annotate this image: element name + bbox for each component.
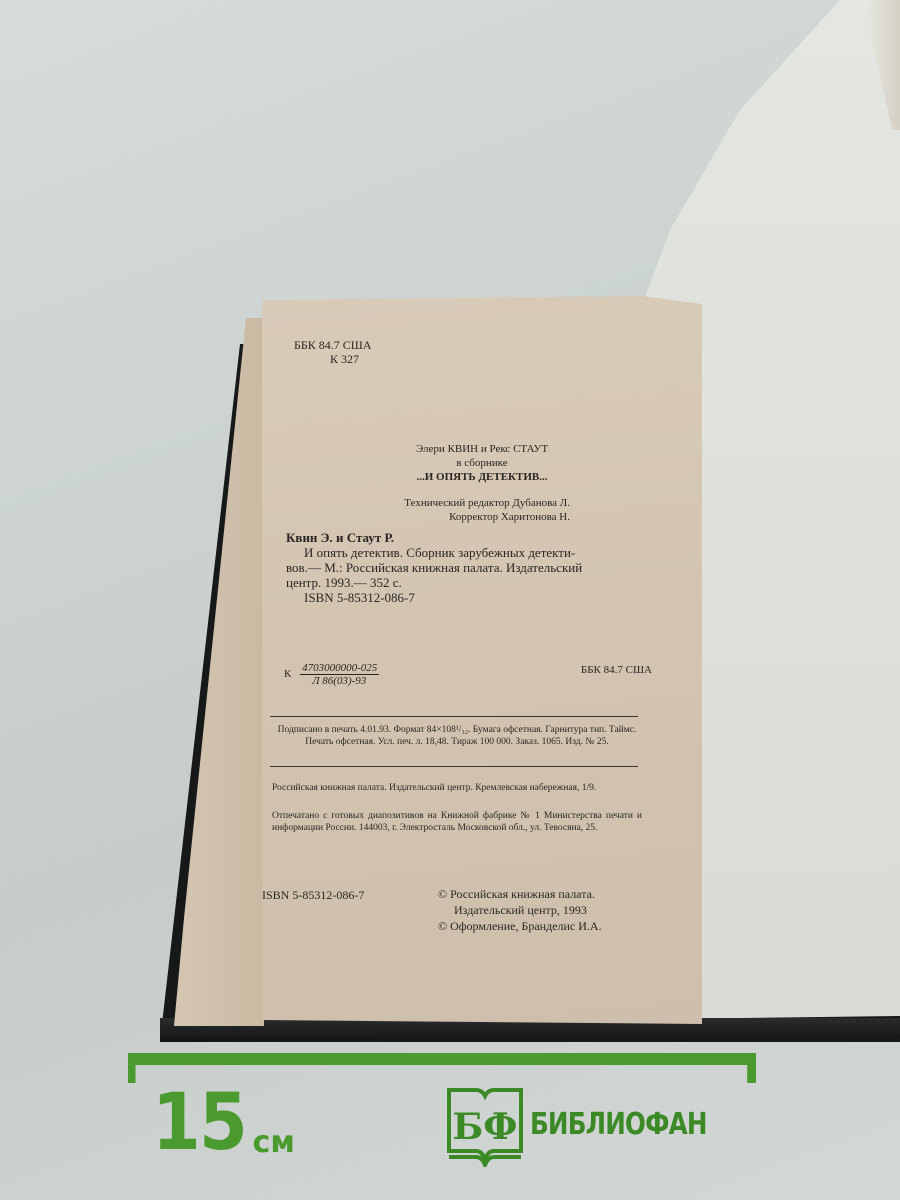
bbk-classification-top: ББК 84.7 США К 327	[294, 338, 372, 366]
biblio-isbn: ISBN 5-85312-086-7	[286, 590, 644, 605]
ruler-size-value: 15	[152, 1084, 246, 1162]
divider-rule	[270, 766, 638, 767]
page-stack	[174, 318, 264, 1026]
tech-editor: Технический редактор Дубанова Л.	[370, 496, 570, 510]
biblio-authors: Квин Э. и Стаут Р.	[286, 530, 644, 545]
proofreader: Корректор Харитонова Н.	[370, 510, 570, 524]
authors-line: Элери КВИН и Рекс СТАУТ	[382, 442, 582, 456]
bibliographic-record: Квин Э. и Стаут Р. И опять детектив. Сбо…	[286, 530, 644, 605]
photo-scene: ББК 84.7 США К 327 Элери КВИН и Рекс СТА…	[0, 0, 900, 1200]
colophon-page: ББК 84.7 США К 327 Элери КВИН и Рекс СТА…	[262, 296, 702, 1024]
bbk-code: ББК 84.7 США	[294, 338, 372, 352]
ruler-size-label: 15 см	[152, 1084, 295, 1162]
bbk-classification-right: ББК 84.7 США	[581, 664, 652, 676]
credits: Технический редактор Дубанова Л. Коррект…	[370, 496, 570, 524]
copyright-line: © Оформление, Бранделис И.А.	[438, 918, 602, 934]
open-book-icon: БФ	[446, 1087, 524, 1167]
copyright-line: Издательский центр, 1993	[438, 902, 602, 918]
publication-index: К 4703000000-025 Л 86(03)-93	[284, 662, 379, 687]
bibliofan-logo: БФ БИБЛИОФАН	[446, 1087, 745, 1167]
biblio-line: центр. 1993.— 352 с.	[286, 575, 644, 590]
ruler-size-unit: см	[253, 1128, 295, 1158]
book-title: ...И ОПЯТЬ ДЕТЕКТИВ...	[382, 470, 582, 484]
index-numerator: 4703000000-025	[300, 662, 379, 675]
biblio-line: вов.— М.: Российская книжная палата. Изд…	[286, 560, 644, 575]
divider-rule	[270, 716, 638, 717]
svg-text:БФ: БФ	[453, 1106, 518, 1148]
copyright-block: © Российская книжная палата. Издательски…	[438, 886, 602, 934]
index-prefix: К	[284, 668, 291, 680]
isbn-bottom: ISBN 5-85312-086-7	[262, 888, 364, 903]
index-fraction: 4703000000-025 Л 86(03)-93	[300, 662, 379, 687]
title-block: Элери КВИН и Рекс СТАУТ в сборнике ...И …	[382, 442, 582, 484]
printer-info: Отпечатано с готовых диапозитивов на Кни…	[272, 810, 642, 834]
biblio-line: И опять детектив. Сборник зарубежных дет…	[286, 545, 644, 560]
print-specifications: Подписано в печать 4.01.93. Формат 84×10…	[274, 724, 640, 748]
collection-note: в сборнике	[382, 456, 582, 470]
author-mark: К 327	[294, 352, 372, 366]
brand-name: БИБЛИОФАН	[530, 1107, 707, 1142]
copyright-line: © Российская книжная палата.	[438, 886, 602, 902]
publisher-address: Российская книжная палата. Издательский …	[272, 782, 642, 794]
index-denominator: Л 86(03)-93	[300, 675, 379, 687]
